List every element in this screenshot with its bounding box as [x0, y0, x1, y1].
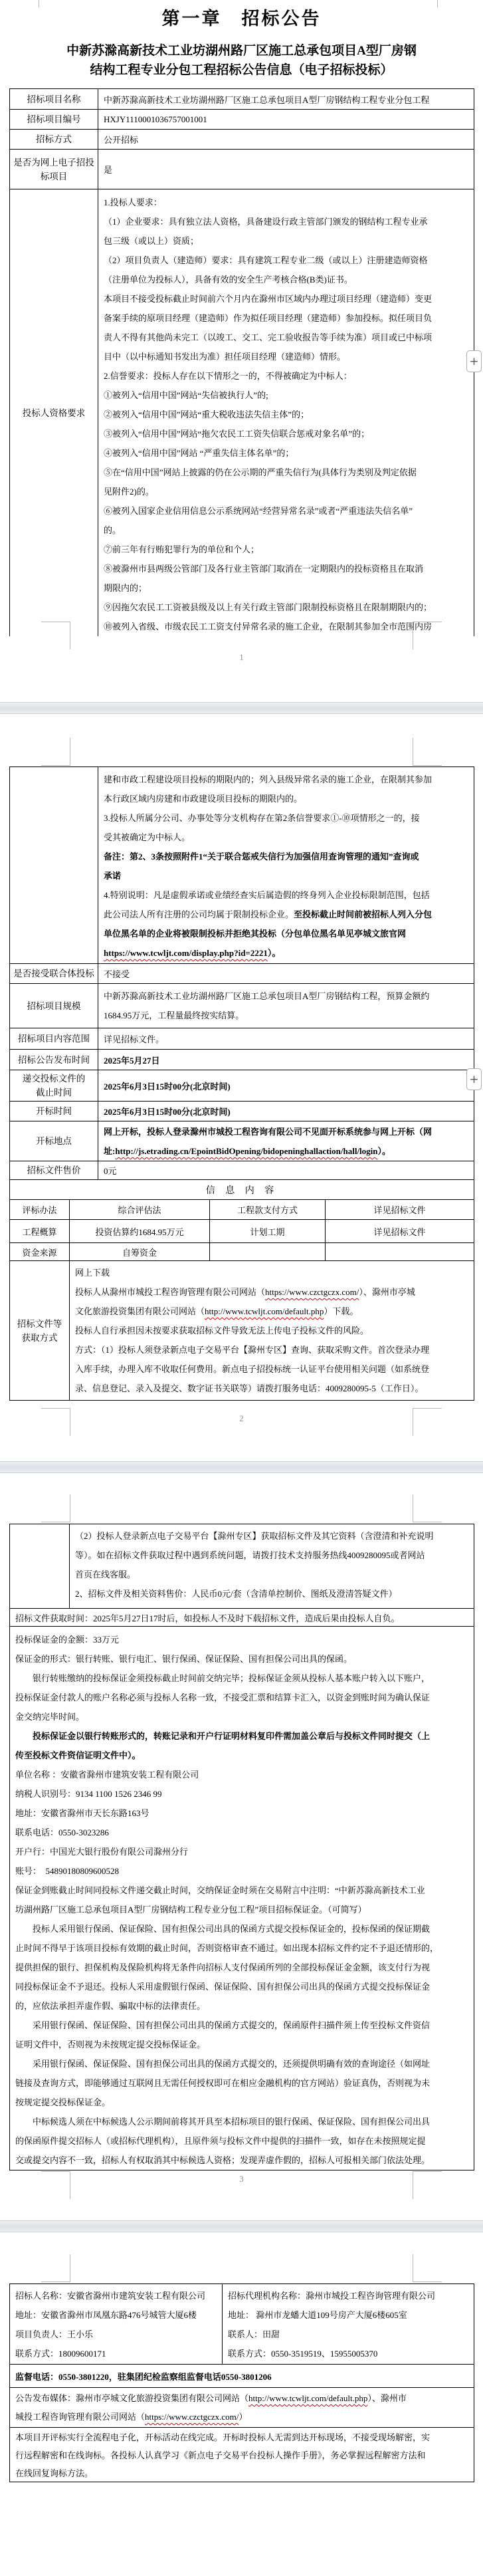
table-row: 工程概算 投资估算约1684.95万元 计划工期 详见招标文件: [10, 1219, 474, 1242]
text-line: 公告发布媒体：滁州市亭城文化旅游投资集团有限公司网站（http://www.tc…: [15, 2389, 468, 2408]
page-separator: [0, 2220, 483, 2232]
project-subtitle: 中新苏滁高新技术工业坊湖州路厂区施工总承包项目A型厂房钢 结构工程专业分包工程招…: [0, 41, 483, 80]
chapter-title: 第一章 招标公告: [0, 4, 483, 30]
text-line: 纳税人识别号：9134 1100 1526 2346 99: [15, 1784, 468, 1804]
text-line: 建和市政工程建设项目投标的期限内的；列入县级异常名录的施工企业，在限制其参加: [104, 770, 468, 789]
text-line: 地址：安徽省滁州市凤凰东路476号城管大厦6楼: [15, 2305, 217, 2325]
page-corner-mark: [413, 2254, 442, 2282]
text-line: 坊湖州路厂区施工总承包项目A型厂房钢结构工程专业分包工程”项目招标保证金。（可简…: [15, 1900, 468, 1919]
text-line: 1684.95万元，工程量最终按实结算。: [104, 1006, 468, 1025]
text-line: 投标人采用银行保函、保证保险、国有担保公司出具的保函方式提交投标保证金的，投标保…: [15, 1919, 468, 1938]
text-line: 文化旅游投资集团有限公司网站（http://www.tcwljt.com/def…: [75, 1302, 468, 1321]
e-bidding-note-cell: 本项目开评标实行全流程电子化，开标活动在线完成。开标时投标人无需到达开标现场，不…: [10, 2428, 474, 2482]
text-line: 2、招标文件及相关资料售价：人民币0元/套（含清单控制价、图纸及澄清答疑文件）: [75, 1584, 468, 1603]
plus-button[interactable]: +: [466, 350, 482, 372]
text-line: 此公司法人所有注册的公司均属于限制投标企业。至投标截止时间前被招标人列入分包: [104, 905, 468, 924]
text-line: 本项目不接受投标截止时间前六个月内在滁州市区域内办理过项目经理（建造师）变更: [104, 289, 468, 308]
info-section-title: 信 息 内 容: [10, 1180, 474, 1199]
text-line: （注册单位为投标人），具备有效的安全生产考核合格(B类)证书。: [104, 270, 468, 289]
row-label: 开标地点: [10, 1121, 98, 1161]
table-row: 招标文件售价 0元: [10, 1161, 474, 1179]
text-line: 3.投标人所属分公司、办事处等分支机构存在第2条信誉要求①-⑩项情形之一的，接: [104, 808, 468, 828]
info-cell: 详见招标文件: [326, 1220, 474, 1242]
contact-table-page4: 招标人名称：安徽省滁州市建筑安装工程有限公司地址：安徽省滁州市凤凰东路476号城…: [9, 2283, 474, 2482]
row-label: 递交投标文件的 截止时间: [10, 1070, 98, 1101]
bid-info-table-page2: 建和市政工程建设项目投标的期限内的；列入县级异常名录的施工企业，在限制其参加本行…: [9, 766, 474, 1401]
text-line: ①被列入“信用中国”网站“失信被执行人”的;: [104, 386, 468, 405]
text-line: 投标保证金的金额：33万元: [15, 1630, 468, 1649]
text-line: 招标代理机构名称：滁州市城投工程咨询管理有限公司: [228, 2286, 468, 2305]
text-line: 行远程解密和在线询标。各投标人认真学习《新点电子交易平台投标人操作手册》，务必掌…: [15, 2446, 468, 2464]
cell-value: 0元: [98, 1161, 474, 1179]
text-line: （2）项目负责人（建造师）要求：具有建筑工程专业二级（或以上）注册建造师资格: [104, 251, 468, 270]
text-line: 账号： 54890180809600528: [15, 1861, 468, 1881]
text-line: 备注：第2、3条按照附件1“关于联合惩戒失信行为加强信用查询管理的通知”查询或: [104, 847, 468, 866]
text-line: 保证金到账截止时间同投标文件递交截止时间，交纳保证金时须在交易附言中注明：“中新…: [15, 1881, 468, 1900]
text-line: 项目负责人：王小乐: [15, 2325, 217, 2344]
text-line: 投标人自行承担因未按要求获取招标文件导致无法上传电子投标文件的风险。: [75, 1321, 468, 1340]
table-row: 公告发布媒体：滁州市亭城文化旅游投资集团有限公司网站（http://www.tc…: [10, 2387, 474, 2427]
bidder-contact-cell: 招标人名称：安徽省滁州市建筑安装工程有限公司地址：安徽省滁州市凤凰东路476号城…: [10, 2284, 223, 2364]
table-row: 招标人名称：安徽省滁州市建筑安装工程有限公司地址：安徽省滁州市凤凰东路476号城…: [10, 2284, 474, 2364]
cell-value: HXJY1110001036757001001: [98, 110, 474, 129]
text-line: 备案手续的原项目经理（建造师）作为拟任项目经理（建造师）参加投标。拟任项目负: [104, 308, 468, 328]
text-line: 同投标保证金不予退还。投标人采用虚假银行保函、保证保险、国有担保公司出具的保函方…: [15, 1977, 468, 1996]
table-row: （2）投标人登录新点电子交易平台【滁州专区】获取招标文件及其它资料（含澄清和补充…: [10, 1524, 474, 1608]
text-line: 链接及查询方式，即能够通过互联网且无需任何授权即可在相应金融机构的官方网站）验证…: [15, 2073, 468, 2093]
cell-value: 中新苏滁高新技术工业坊湖州路厂区施工总承包项目A型厂房钢结构工程，预算金额约16…: [98, 984, 474, 1028]
text-line: 期限内的；: [104, 578, 468, 598]
page-separator: [0, 1461, 483, 1473]
text-line: 开户行：中国光大银行股份有限公司滁州分行: [15, 1842, 468, 1861]
text-line: 采用银行保函、保证保险、国有担保公司出具的保函方式提交的，还须提供明确有效的查询…: [15, 2054, 468, 2073]
text-line: 保证金的形式：银行转账、银行电汇、银行保函、保证保险、国有担保公司出具的保函。: [15, 1649, 468, 1669]
table-row: 递交投标文件的 截止时间 2025年6月3日15时00分(北京时间): [10, 1070, 474, 1101]
page-corner-mark: [41, 738, 70, 766]
text-line: 交或提交内容不一致，招标人有权取消其中标候选人资格；发现弄虚作假的，招标人可报相…: [15, 2151, 468, 2170]
text-line: （2）投标人登录新点电子交易平台【滁州专区】获取招标文件及其它资料（含澄清和补充…: [75, 1526, 468, 1546]
row-label: 招标文件等 获取方式: [10, 1261, 70, 1400]
table-row: 招标文件等 获取方式 网上下载投标人从滁州市城投工程咨询管理有限公司网站（htt…: [10, 1260, 474, 1400]
info-cell: [326, 1243, 474, 1260]
cell-value: （2）投标人登录新点电子交易平台【滁州专区】获取招标文件及其它资料（含澄清和补充…: [70, 1524, 474, 1608]
cell-value: 不接受: [98, 964, 474, 983]
text-line: 提供担保的银行、担保机构及保险机构将无条件向招标人支付保函所列的全部投标保证金金…: [15, 1958, 468, 1977]
text-line: 网上开标，投标人登录滁州市城投工程咨询有限公司不见面开标系统参与网上开标（网: [104, 1122, 468, 1141]
text-line: 见附件2)的。: [104, 482, 468, 501]
cell-value: 建和市政工程建设项目投标的期限内的；列入县级异常名录的施工企业，在限制其参加本行…: [98, 767, 474, 963]
row-label: 投标人资格要求: [10, 189, 98, 636]
info-cell: 资金来源: [10, 1243, 70, 1260]
cell-value: 招标文件获取时间：2025年5月27日17时后，如投标人不及时下载招标文件，造成…: [10, 1609, 474, 1626]
text-line: 投标保证金以银行转账形式的，转账记录和开户行证明材料复印件需加盖公章后与投标文件…: [15, 1726, 468, 1746]
info-cell: 评标办法: [10, 1200, 70, 1219]
text-line: 等）。如在招标文件获取过程中遇到系统问题，请拨打技术支持服务热线40092800…: [75, 1546, 468, 1565]
cell-value: 2025年6月3日15时00分(北京时间): [98, 1070, 474, 1101]
text-line: 4.特别说明：凡是虚假承诺或业绩经查实后属造假的终身列入企业投标限制范围，包括: [104, 885, 468, 905]
text-line: 地址：安徽省滁州市天长东路163号: [15, 1804, 468, 1823]
text-line: 中新苏滁高新技术工业坊湖州路厂区施工总承包项目A型厂房钢结构工程，预算金额约: [104, 987, 468, 1006]
cell-value: 详见招标文件。: [98, 1028, 474, 1049]
text-line: 址:http://js.etrading.cn/EpointBidOpening…: [104, 1141, 468, 1161]
info-cell: 投资估算约1684.95万元: [70, 1220, 210, 1242]
page-corner-mark: [41, 2254, 70, 2282]
text-line: 包三级（或以上）资质；: [104, 231, 468, 251]
table-row: 建和市政工程建设项目投标的期限内的；列入县级异常名录的施工企业，在限制其参加本行…: [10, 767, 474, 963]
table-row: 是否为网上电子招投 标项目 是: [10, 149, 474, 189]
text-line: 传至投标文件资信证明文件中）。: [15, 1746, 468, 1765]
bid-info-table-page1: 招标项目名称 中新苏滁高新技术工业坊湖州路厂区施工总承包项目A型厂房钢结构工程专…: [9, 88, 474, 636]
text-line: ④被列入“信用中国”网站 “严重失信主体名单”的；: [104, 443, 468, 463]
text-line: 单位名称 ：安徽省滁州市建筑安装工程有限公司: [15, 1765, 468, 1784]
info-cell: 自筹资金: [70, 1243, 210, 1260]
text-line: 按规定提交投标保证金。: [15, 2093, 468, 2112]
info-cell: 综合评估法: [70, 1200, 210, 1219]
row-label: 招标文件售价: [10, 1161, 98, 1179]
text-line: 证明文件中，否则视为未按规定提交投标保证金。: [15, 2035, 468, 2054]
text-line: 网上下载: [75, 1263, 468, 1282]
table-row: 投标人资格要求 1.投标人要求：（1）企业要求：具有独立法人资格，具备建设行政主…: [10, 189, 474, 636]
info-cell: [210, 1243, 326, 1260]
table-row: 招标项目规模 中新苏滁高新技术工业坊湖州路厂区施工总承包项目A型厂房钢结构工程，…: [10, 983, 474, 1028]
page-corner-mark: [413, 738, 442, 766]
text-line: 在线回复询标方法。: [15, 2464, 468, 2482]
text-line: 单位黑名单的企业将被限制投标并拒绝其投标（分包单位黑名单见亭城文旅官网: [104, 924, 468, 943]
table-row: 监督电话：0550-3801220，驻集团纪检监察组监督电话0550-38012…: [10, 2364, 474, 2387]
table-row: 开标地点 网上开标，投标人登录滁州市城投工程咨询有限公司不见面开标系统参与网上开…: [10, 1121, 474, 1161]
text-line: 联系方式：0550-3519519、15955005370: [228, 2344, 468, 2363]
agency-contact-cell: 招标代理机构名称：滁州市城投工程咨询管理有限公司地址： 滁州市龙蟠大道109号房…: [223, 2284, 474, 2364]
table-row: 信 息 内 容: [10, 1179, 474, 1199]
info-cell: 计划工期: [210, 1220, 326, 1242]
info-cell: 详见招标文件: [326, 1200, 474, 1219]
page-number: 1: [0, 652, 483, 663]
cell-value: 投标保证金的金额：33万元保证金的形式：银行转账、银行电汇、银行保函、保证保险、…: [10, 1627, 474, 2170]
cell-value: 网上下载投标人从滁州市城投工程咨询管理有限公司网站（https://www.cz…: [70, 1261, 474, 1400]
cell-value: 2025年6月3日15时00分(北京时间): [98, 1102, 474, 1121]
text-line: 1.投标人要求：: [104, 193, 468, 212]
page-corner-mark: [413, 622, 442, 649]
row-label-continued: [10, 1524, 70, 1608]
text-line: 本项目开评标实行全流程电子化，开标活动在线完成。开标时投标人无需到达开标现场，不…: [15, 2428, 468, 2446]
table-row: 招标文件获取时间：2025年5月27日17时后，如投标人不及时下载招标文件，造成…: [10, 1608, 474, 1626]
page-separator: [0, 702, 483, 714]
table-row: 招标项目名称 中新苏滁高新技术工业坊湖州路厂区施工总承包项目A型厂房钢结构工程专…: [10, 89, 474, 109]
bid-info-table-page3: （2）投标人登录新点电子交易平台【滁州专区】获取招标文件及其它资料（含澄清和补充…: [9, 1524, 474, 2170]
page-corner-mark: [41, 622, 70, 649]
text-line: 方式：（1）投标人须登录新点电子交易平台【滁州专区】查询、获取采购文件。首次登录…: [75, 1340, 468, 1359]
text-line: ⑤在“信用中国”网站上披露的仍在公示期的严重失信行为(具体行为类别及判定依据: [104, 463, 468, 482]
text-line: 录、信息登记、录入及提交、数字证书关联等）请拨打服务电话：4009280095-…: [75, 1379, 468, 1398]
cell-value: 公开招标: [98, 130, 474, 149]
cell-value: 中新苏滁高新技术工业坊湖州路厂区施工总承包项目A型厂房钢结构工程专业分包工程: [98, 89, 474, 109]
table-row: 是否接受联合体投标 不接受: [10, 963, 474, 983]
text-line: 采用银行保函、保证保险、国有担保公司出具的保函方式提交的，保函原件扫描件须上传至…: [15, 2016, 468, 2035]
row-label: 招标项目内容范围: [10, 1028, 98, 1049]
page-corner-mark: [41, 1494, 70, 1522]
table-row: 开标时间 2025年6月3日15时00分(北京时间): [10, 1101, 474, 1121]
text-line: 地址： 滁州市龙蟠大道109号房产大厦6楼605室: [228, 2305, 468, 2325]
row-label-continued: [10, 767, 98, 963]
text-line: 的保函原件提交招标人（或招标代理机构），且原件须与投标文件中提供的扫描件一致，如…: [15, 2131, 468, 2151]
text-line: 2.信誉要求：投标人存在以下情形之一的，不得被确定为中标人：: [104, 366, 468, 386]
text-line: 投标保证金付款人的账户名称必须与投标人名称一致，不接受汇票和结算卡汇入，以资金到…: [15, 1688, 468, 1707]
text-line: 首页在线客服。: [75, 1565, 468, 1584]
document-viewport: 第一章 招标公告 中新苏滁高新技术工业坊湖州路厂区施工总承包项目A型厂房钢 结构…: [0, 0, 483, 2576]
table-row: 招标方式 公开招标: [10, 129, 474, 149]
text-line: 承诺: [104, 866, 468, 885]
text-line: 的。: [104, 521, 468, 540]
text-line: ③被列入“信用中国”网站“拖欠农民工工资失信联合惩戒对象名单”的；: [104, 424, 468, 443]
table-row: 招标项目编号 HXJY1110001036757001001: [10, 109, 474, 129]
text-line: 城投工程咨询管理有限公司网站（https://www.czctgczx.com/…: [15, 2408, 468, 2426]
text-line: 联系方式：18009600171: [15, 2344, 217, 2363]
text-line: 中标候选人须在中标候选人公示期间前将其开具至本招标项目的银行保函、保证保险、国有…: [15, 2112, 468, 2131]
text-line: 的，应依法承担弄虚作假、骗取中标的法律责任。: [15, 1996, 468, 2016]
page-number: 3: [0, 2174, 483, 2184]
text-line: ②被列入“信用中国”网站“重大税收违法失信主体”的；: [104, 405, 468, 424]
text-line: 银行转账缴纳的投标保证金须投标截止时间前交纳完毕；投标保证金须从投标人基本账户转…: [15, 1669, 468, 1688]
row-label: 是否为网上电子招投 标项目: [10, 150, 98, 189]
text-line: 入库手续，办理入库不收取任何费用。新点电子招投标统一认证平台使用相关问题（如系统…: [75, 1359, 468, 1379]
text-line: 金交纳完毕时间。: [15, 1707, 468, 1726]
supervision-phone-cell: 监督电话：0550-3801220，驻集团纪检监察组监督电话0550-38012…: [10, 2365, 474, 2387]
row-label: 招标公告发布时间: [10, 1050, 98, 1070]
text-line: https://www.tcwljt.com/display.php?id=22…: [104, 943, 468, 963]
text-line: 本行政区域内房建和市政建设项目投标的期限内的。: [104, 789, 468, 808]
plus-button[interactable]: +: [466, 1068, 482, 1090]
announcement-media-cell: 公告发布媒体：滁州市亭城文化旅游投资集团有限公司网站（http://www.tc…: [10, 2388, 474, 2427]
table-row: 评标办法 综合评估法 工程款支付方式 详见招标文件: [10, 1199, 474, 1219]
row-label: 招标项目名称: [10, 89, 98, 109]
table-row: 资金来源 自筹资金: [10, 1242, 474, 1260]
cell-value: 1.投标人要求：（1）企业要求：具有独立法人资格，具备建设行政主管部门颁发的钢结…: [98, 189, 474, 636]
text-line: 责人不得有其他尚未完工（以竣工、交工、完工验收报告等手续为准）项目或已中标项: [104, 328, 468, 347]
text-line: 止时间不得早于该项目投标有效期的截止时间，否则资格审查不通过。如出现本招标文件约…: [15, 1938, 468, 1958]
text-line: 联系电话：0550-3023286: [15, 1823, 468, 1842]
text-line: ⑨因拖欠农民工工资被县级及以上有关行政主管部门限制投标资格且在限制期限内的；: [104, 598, 468, 617]
info-cell: 工程概算: [10, 1220, 70, 1242]
text-line: 招标人名称：安徽省滁州市建筑安装工程有限公司: [15, 2286, 217, 2305]
page-corner-mark: [413, 1494, 442, 1522]
row-label: 招标项目编号: [10, 110, 98, 129]
row-label: 开标时间: [10, 1102, 98, 1121]
cell-value: 是: [98, 150, 474, 189]
cell-value: 2025年5月27日: [98, 1050, 474, 1070]
text-line: 受其被确定为中标人。: [104, 828, 468, 847]
row-label: 招标项目规模: [10, 984, 98, 1028]
page-number: 2: [0, 1413, 483, 1424]
row-label: 招标方式: [10, 130, 98, 149]
table-row: 招标项目内容范围 详见招标文件。: [10, 1028, 474, 1049]
table-row: 本项目开评标实行全流程电子化，开标活动在线完成。开标时投标人无需到达开标现场，不…: [10, 2427, 474, 2482]
text-line: ⑧被滁州市县两级公管部门及各行业主管部门取消在一定期限内的投标资格且在取消: [104, 559, 468, 578]
info-cell: 工程款支付方式: [210, 1200, 326, 1219]
text-line: （1）企业要求：具有独立法人资格，具备建设行政主管部门颁发的钢结构工程专业承: [104, 212, 468, 231]
text-line: ⑦前三年有行贿犯罪行为的单位和个人；: [104, 540, 468, 559]
table-row: 投标保证金的金额：33万元保证金的形式：银行转账、银行电汇、银行保函、保证保险、…: [10, 1626, 474, 2170]
text-line: 投标人从滁州市城投工程咨询管理有限公司网站（https://www.czctgc…: [75, 1282, 468, 1302]
text-line: 目中（以中标通知书发出为准）担任项目经理（建造师）情形。: [104, 347, 468, 366]
text-line: ⑥被列入国家企业信用信息公示系统网站“经营异常名录”或者“严重违法失信名单”: [104, 501, 468, 521]
table-row: 招标公告发布时间 2025年5月27日: [10, 1049, 474, 1070]
row-label: 是否接受联合体投标: [10, 964, 98, 983]
cell-value: 网上开标，投标人登录滁州市城投工程咨询有限公司不见面开标系统参与网上开标（网址:…: [98, 1121, 474, 1161]
text-line: 联系人：田甜: [228, 2325, 468, 2344]
